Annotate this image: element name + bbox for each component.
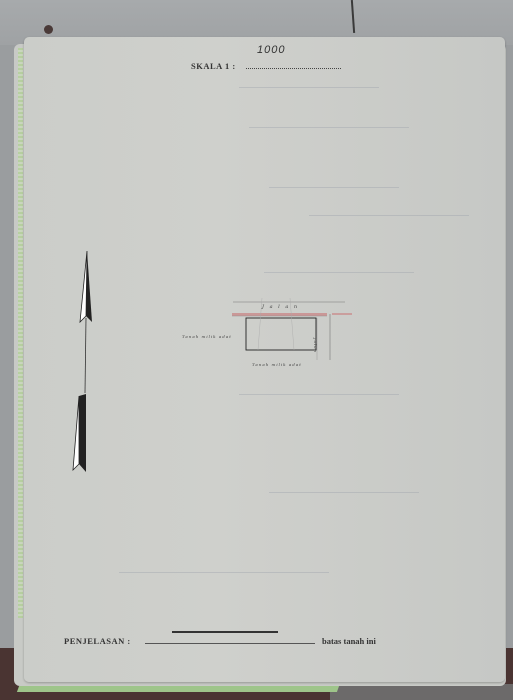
road-label: J a l a n bbox=[262, 304, 299, 310]
left-neighbor-label: Tanah milik adat bbox=[182, 334, 232, 339]
explanation-label: PENJELASAN : bbox=[64, 636, 131, 646]
legend-line-sample bbox=[172, 631, 278, 633]
legend-text: batas tanah ini bbox=[322, 636, 376, 646]
bottom-neighbor-label: Tanah milik adat bbox=[252, 362, 302, 367]
parcel-sketch bbox=[0, 0, 513, 700]
right-neighbor-label: Jalan bbox=[313, 338, 318, 353]
explanation-underline bbox=[145, 643, 315, 644]
